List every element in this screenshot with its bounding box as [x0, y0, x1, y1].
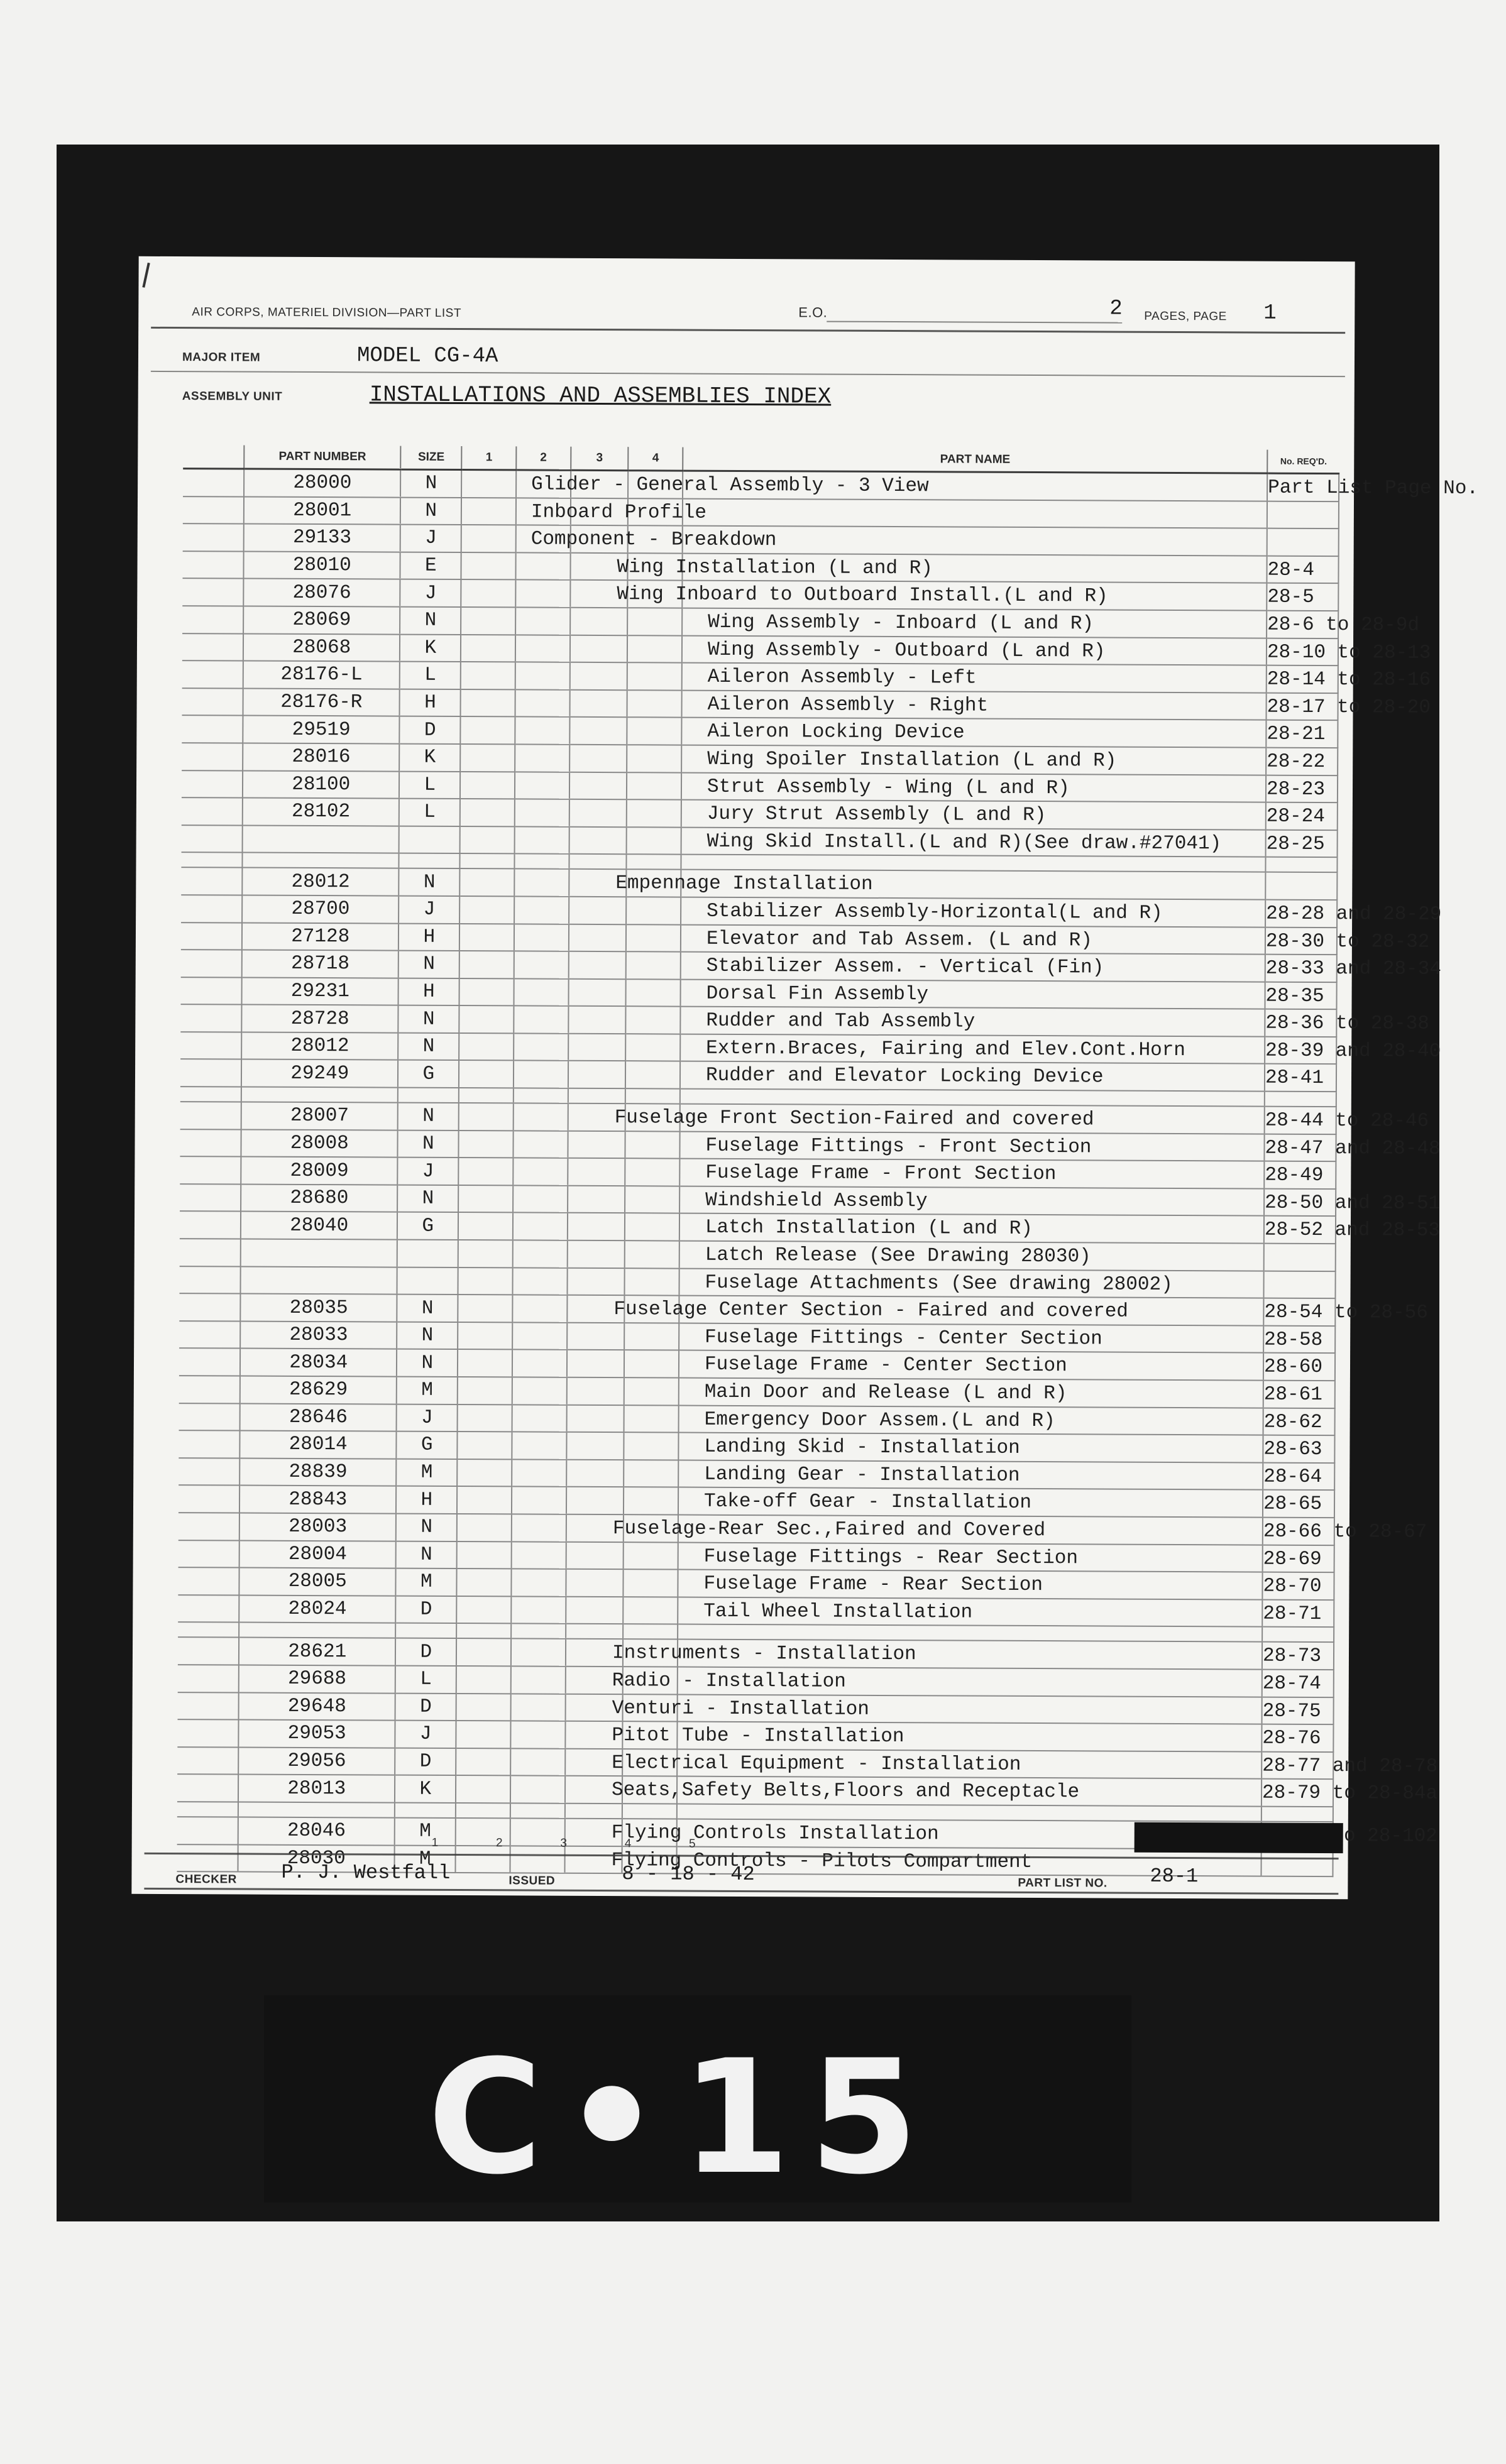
footer-col-number: 1	[432, 1836, 439, 1850]
level-column-cell	[461, 607, 516, 635]
part-name-cell: Strut Assembly - Wing (L and R)28-23	[681, 772, 1266, 802]
level-column-cell	[512, 1404, 567, 1432]
level-column-cell	[513, 1268, 568, 1295]
level-column-cell	[459, 1060, 514, 1088]
page-reference: 28-33 and 28-34	[1266, 958, 1441, 980]
row-margin	[180, 1032, 242, 1060]
part-name-cell: Wing Skid Install.(L and R)(See draw.#27…	[681, 827, 1266, 857]
level-column-cell	[459, 1131, 514, 1158]
size-cell: N	[398, 951, 460, 978]
level-column-cell	[513, 1213, 568, 1240]
size-cell: N	[397, 1349, 458, 1377]
part-number-cell: 28001	[244, 496, 400, 525]
part-number-cell: 28009	[241, 1157, 398, 1185]
pages-label: PAGES, PAGE	[1144, 310, 1227, 324]
size-cell: K	[400, 634, 461, 662]
part-name-cell: Fuselage Fittings - Rear Section28-69	[678, 1542, 1263, 1572]
part-name-cell: Elevator and Tab Assem. (L and R)28-30 t…	[681, 924, 1265, 955]
level-column-cell	[460, 826, 515, 854]
part-name-text: Emergency Door Assem.(L and R)	[604, 1408, 1055, 1432]
part-name-text: Windshield Assembly	[605, 1189, 928, 1212]
level-column-cell	[515, 799, 569, 827]
size-cell: N	[396, 1514, 458, 1541]
issued-value: 8 - 18 - 42	[622, 1862, 754, 1886]
level-column-cell	[513, 1185, 568, 1213]
size-cell: N	[397, 1295, 458, 1322]
level-column-cell	[512, 1295, 567, 1323]
level-column-cell	[458, 1349, 512, 1377]
part-name-cell: Stabilizer Assembly-Horizontal(L and R)2…	[681, 897, 1265, 927]
part-number-cell: 28034	[240, 1349, 397, 1377]
size-cell	[397, 1240, 459, 1268]
no-reqd-cell	[1264, 1244, 1336, 1271]
row-margin	[178, 1692, 239, 1720]
header-rule-2	[151, 371, 1345, 377]
row-margin	[183, 496, 245, 524]
checker-label: CHECKER	[175, 1873, 237, 1886]
size-cell	[399, 826, 461, 853]
footer-col-number: 3	[560, 1837, 567, 1851]
assembly-unit-label: ASSEMBLY UNIT	[182, 390, 283, 404]
checker-value: P. J. Westfall	[281, 1861, 450, 1885]
part-name-cell: Aileron Locking Device28-21	[681, 718, 1266, 748]
part-number-cell	[241, 1239, 397, 1268]
row-margin	[178, 1595, 239, 1623]
level-column-cell	[515, 580, 570, 608]
level-column-cell	[461, 498, 516, 525]
part-number-cell: 28024	[239, 1595, 396, 1623]
level-column-cell	[512, 1541, 566, 1569]
level-column-cell	[512, 1322, 567, 1350]
header-col3: 3	[571, 447, 629, 471]
part-list-no-label: PART LIST NO.	[1018, 1876, 1107, 1891]
row-margin	[177, 1817, 239, 1844]
level-column-cell	[460, 799, 515, 826]
size-cell: L	[400, 662, 461, 689]
page-reference: 28-39 and 28-40	[1265, 1039, 1441, 1062]
page-reference: 28-64	[1263, 1465, 1322, 1487]
size-cell: G	[396, 1432, 458, 1459]
level-column-cell	[511, 1694, 566, 1721]
level-column-cell	[459, 1033, 514, 1061]
size-cell: N	[397, 1322, 458, 1349]
part-number-cell: 29056	[238, 1747, 395, 1775]
row-margin	[182, 633, 244, 661]
row-margin	[181, 977, 243, 1005]
part-name-cell: Fuselage Frame - Rear Section28-70	[678, 1570, 1262, 1600]
part-name-cell: Component - Breakdown	[683, 526, 1267, 556]
part-name-cell: Rudder and Elevator Locking Device28-41	[680, 1061, 1265, 1092]
level-column-cell	[515, 607, 570, 635]
level-column-cell	[515, 552, 570, 580]
level-column-cell	[462, 470, 517, 498]
page-reference: 28-66 to 28-67	[1263, 1521, 1427, 1543]
row-margin	[179, 1376, 241, 1403]
part-number-cell: 28176-R	[243, 688, 400, 716]
major-item-value: MODEL CG-4A	[357, 344, 498, 368]
level-column-cell	[456, 1721, 511, 1748]
size-cell: J	[398, 896, 460, 924]
part-number-cell	[243, 825, 399, 853]
row-margin	[179, 1321, 241, 1349]
page-reference: 28-60	[1264, 1356, 1322, 1378]
part-number-cell: 29519	[243, 716, 400, 744]
level-column-cell	[459, 951, 514, 978]
part-number-cell: 29648	[239, 1692, 395, 1721]
level-column-cell	[514, 1006, 568, 1034]
size-cell: G	[398, 1060, 459, 1088]
row-margin	[183, 469, 245, 497]
part-name-cell: Aileron Assembly - Left28-14 to 28-16	[682, 663, 1267, 693]
part-name-text: Venturi - Installation	[562, 1697, 869, 1720]
pages-total: 2	[1109, 297, 1123, 321]
level-column-cell	[459, 1103, 514, 1131]
level-column-cell	[514, 924, 569, 951]
row-margin	[182, 660, 244, 688]
row-margin	[179, 1513, 240, 1540]
level-column-cell	[459, 1005, 514, 1033]
part-name-cell: Seats,Safety Belts,Floors and Receptacle…	[677, 1777, 1261, 1807]
level-column-cell	[457, 1486, 512, 1514]
level-column-cell	[461, 635, 515, 662]
part-name-text: Wing Skid Install.(L and R)(See draw.#27…	[607, 830, 1222, 855]
level-column-cell	[458, 1404, 512, 1432]
page-reference: 28-61	[1264, 1384, 1322, 1406]
part-name-text: Glider - General Assembly - 3 View	[526, 473, 929, 497]
header-no-reqd: No. REQ'D.	[1268, 450, 1339, 474]
row-margin	[182, 825, 243, 853]
eo-field-line	[827, 321, 1122, 324]
level-column-cell	[511, 1639, 566, 1667]
level-column-cell	[514, 978, 569, 1006]
part-name-cell: Empennage Installation	[681, 870, 1265, 900]
level-column-cell	[512, 1459, 566, 1487]
part-name-cell: Emergency Door Assem.(L and R)28-62	[679, 1405, 1263, 1435]
part-name-cell: Fuselage Fittings - Front Section28-47 a…	[679, 1131, 1264, 1161]
part-name-cell: Fuselage Frame - Center Section28-60	[679, 1350, 1263, 1381]
part-name-text: Latch Release (See Drawing 28030)	[605, 1244, 1091, 1268]
part-name-text: Rudder and Tab Assembly	[605, 1009, 975, 1033]
page-reference: 28-70	[1263, 1575, 1321, 1597]
size-cell: N	[397, 1185, 459, 1212]
page-reference: 28-73	[1263, 1645, 1321, 1667]
page-reference: 28-58	[1264, 1328, 1322, 1350]
level-column-cell	[456, 1666, 511, 1694]
no-reqd-cell	[1264, 1271, 1336, 1298]
no-reqd-cell	[1266, 872, 1338, 900]
part-name-cell: Latch Installation (L and R)28-52 and 28…	[679, 1213, 1264, 1244]
footer-col-number: 4	[625, 1837, 632, 1851]
size-cell: J	[397, 1158, 459, 1185]
size-cell: J	[395, 1721, 456, 1748]
part-name-text: Wing Assembly - Inboard (L and R)	[607, 611, 1094, 635]
level-column-cell	[460, 868, 515, 896]
level-column-cell	[456, 1694, 511, 1721]
size-cell: N	[398, 1032, 459, 1060]
part-name-cell: Wing Installation (L and R)28-4	[682, 553, 1267, 583]
page-reference: 28-14 to 28-16	[1267, 669, 1431, 691]
no-reqd-cell	[1267, 528, 1339, 556]
size-cell: D	[395, 1638, 457, 1666]
row-margin	[181, 950, 243, 977]
page-reference: 28-5	[1267, 586, 1314, 608]
row-margin	[180, 1129, 241, 1157]
part-name-text: Fuselage Frame - Center Section	[604, 1353, 1067, 1377]
size-cell: N	[398, 868, 460, 896]
page-reference: 28-35	[1266, 985, 1324, 1007]
page-reference: 28-62	[1264, 1411, 1322, 1433]
part-name-cell: Radio - Installation28-74	[678, 1667, 1262, 1697]
level-column-cell	[515, 744, 569, 772]
row-margin	[181, 895, 243, 923]
part-name-text: Tail Wheel Installation	[603, 1600, 972, 1624]
header-col4: 4	[629, 447, 683, 471]
level-column-cell	[515, 826, 569, 854]
row-margin	[180, 1239, 241, 1266]
size-cell: G	[397, 1212, 459, 1240]
page-reference: 28-44 to 28-46	[1265, 1110, 1429, 1132]
part-number-cell: 29249	[241, 1060, 398, 1088]
level-column-cell	[514, 951, 569, 979]
row-margin	[182, 551, 244, 579]
part-name-text: Instruments - Installation	[562, 1642, 916, 1665]
part-name-cell: Tail Wheel Installation28-71	[678, 1597, 1262, 1627]
pencil-mark	[142, 263, 150, 288]
part-number-cell: 27128	[242, 923, 398, 951]
part-list-no-value: 28-1	[1150, 1864, 1198, 1888]
level-column-cell	[514, 869, 569, 897]
level-column-cell	[458, 1322, 513, 1350]
page-reference: 28-69	[1263, 1548, 1322, 1570]
page-reference: 28-52 and 28-53	[1265, 1219, 1440, 1242]
page-reference: 28-25	[1267, 833, 1325, 855]
part-name-cell: Wing Spoiler Installation (L and R)28-22	[681, 745, 1266, 775]
footer-col-number: 5	[689, 1837, 696, 1851]
level-column-cell	[515, 717, 569, 745]
part-number-cell: 28005	[239, 1568, 396, 1596]
part-name-text: Fuselage Fittings - Front Section	[605, 1134, 1091, 1158]
part-name-text: Wing Installation (L and R)	[566, 556, 932, 580]
part-number-cell: 28004	[239, 1540, 396, 1569]
level-column-cell	[511, 1666, 566, 1694]
size-cell: M	[397, 1377, 458, 1404]
part-name-cell: Windshield Assembly28-50 and 28-51	[679, 1186, 1264, 1216]
level-column-cell	[461, 525, 516, 552]
row-margin	[179, 1403, 241, 1431]
footer-col-number: 2	[496, 1836, 503, 1850]
part-name-text: Take-off Gear - Installation	[603, 1490, 1031, 1514]
row-margin	[177, 1747, 239, 1775]
part-number-cell: 28007	[241, 1102, 398, 1131]
part-name-cell: Wing Assembly - Outboard (L and R)28-10 …	[682, 635, 1267, 665]
eo-label: E.O.	[798, 304, 827, 320]
level-column-cell	[461, 716, 515, 744]
level-column-cell	[512, 1514, 566, 1541]
part-name-cell: Aileron Assembly - Right28-17 to 28-20	[682, 690, 1267, 720]
part-name-text: Fuselage-Rear Sec.,Faired and Covered	[563, 1518, 1045, 1541]
page-reference: 28-71	[1263, 1602, 1321, 1624]
part-number-cell: 28069	[243, 606, 400, 634]
size-cell: D	[395, 1693, 457, 1721]
row-margin	[182, 606, 244, 633]
level-column-cell	[457, 1514, 512, 1541]
level-column-cell	[511, 1596, 566, 1624]
part-name-text: Component - Breakdown	[526, 528, 777, 552]
level-column-cell	[461, 744, 515, 772]
header-part-number: PART NUMBER	[245, 446, 401, 470]
row-margin	[179, 1293, 241, 1321]
part-name-cell: Extern.Braces, Fairing and Elev.Cont.Hor…	[680, 1034, 1265, 1064]
part-number-cell: 28728	[242, 1005, 398, 1033]
size-cell: J	[400, 579, 461, 607]
part-name-text: Fuselage Attachments (See drawing 28002)	[605, 1271, 1173, 1296]
part-number-cell: 29133	[244, 524, 400, 552]
part-name-text: Empennage Installation	[565, 872, 872, 895]
level-column-cell	[510, 1748, 565, 1776]
part-name-text: Jury Strut Assembly (L and R)	[607, 802, 1047, 826]
level-column-cell	[456, 1775, 510, 1803]
part-number-cell: 28076	[244, 579, 400, 607]
no-reqd-cell	[1267, 501, 1339, 528]
size-cell: D	[395, 1596, 457, 1623]
row-margin	[182, 688, 244, 716]
part-name-cell: Instruments - Installation28-73	[678, 1640, 1262, 1670]
row-margin	[181, 867, 243, 895]
size-cell: H	[398, 923, 460, 951]
part-number-cell: 28646	[240, 1403, 397, 1432]
size-cell: K	[399, 744, 461, 772]
size-cell: D	[399, 716, 461, 744]
page-reference: 28-47 and 28-48	[1265, 1137, 1440, 1159]
level-column-cell	[512, 1377, 567, 1404]
page-reference: 28-10 to 28-13	[1267, 641, 1431, 664]
page-reference: 28-41	[1265, 1067, 1324, 1089]
level-column-cell	[513, 1131, 568, 1158]
page-reference: 28-54 to 28-56	[1264, 1301, 1428, 1324]
page-reference: 28-36 to 28-38	[1265, 1012, 1429, 1035]
part-number-cell: 28700	[242, 895, 398, 923]
level-column-cell	[458, 1432, 512, 1459]
size-cell: J	[400, 525, 462, 552]
row-margin	[179, 1458, 240, 1486]
part-name-text: Fuselage Fittings - Rear Section	[603, 1545, 1078, 1569]
row-margin	[182, 743, 243, 770]
part-name-cell: Glider - General Assembly - 3 ViewPart L…	[683, 471, 1267, 501]
part-number-cell: 28843	[239, 1486, 396, 1514]
part-name-cell: Dorsal Fin Assembly28-35	[681, 979, 1265, 1009]
footer-column-numbers: 12345	[432, 1836, 696, 1851]
row-margin	[180, 1102, 242, 1129]
row-margin	[178, 1665, 239, 1692]
level-column-cell	[457, 1541, 512, 1569]
part-number-cell: 28068	[243, 633, 400, 662]
level-column-cell	[458, 1459, 512, 1487]
assembly-unit-value: INSTALLATIONS AND ASSEMBLIES INDEX	[370, 381, 832, 409]
page-reference: 28-23	[1267, 778, 1325, 800]
level-column-cell	[514, 1061, 568, 1088]
row-margin	[179, 1430, 240, 1458]
parts-table: PART NUMBER SIZE 1 2 3 4 PART NAME No. R…	[177, 445, 1339, 1877]
part-name-cell: Fuselage-Rear Sec.,Faired and Covered28-…	[678, 1515, 1263, 1545]
part-name-text: Radio - Installation	[562, 1670, 846, 1693]
size-cell: N	[400, 497, 462, 525]
size-cell: N	[398, 1103, 459, 1131]
level-column-cell	[512, 1487, 566, 1514]
part-number-cell: 28035	[241, 1294, 397, 1322]
part-name-cell: Rudder and Tab Assembly28-36 to 28-38	[680, 1007, 1265, 1037]
part-name-cell: Fuselage Center Section - Faired and cov…	[679, 1296, 1263, 1326]
part-name-text: Strut Assembly - Wing (L and R)	[607, 775, 1070, 799]
size-cell: N	[400, 607, 461, 635]
size-cell: L	[395, 1666, 457, 1694]
part-name-text: Dorsal Fin Assembly	[606, 982, 929, 1005]
part-name-cell: Main Door and Release (L and R)28-61	[679, 1378, 1263, 1408]
part-name-cell: Wing Inboard to Outboard Install.(L and …	[682, 581, 1267, 611]
part-name-text: Stabilizer Assem. - Vertical (Fin)	[606, 955, 1104, 978]
level-column-cell	[458, 1212, 513, 1240]
part-number-cell: 28621	[239, 1638, 395, 1666]
part-name-cell: Wing Assembly - Inboard (L and R)28-6 to…	[682, 608, 1267, 638]
part-name-text: Fuselage Frame - Rear Section	[603, 1572, 1043, 1596]
part-number-cell	[241, 1266, 397, 1295]
parts-table-body: 28000NGlider - General Assembly - 3 View…	[177, 469, 1339, 1877]
level-column-cell	[458, 1295, 513, 1322]
header-part-name: PART NAME	[683, 447, 1267, 474]
redaction-block	[1135, 1822, 1343, 1853]
part-name-text: Wing Spoiler Installation (L and R)	[607, 748, 1116, 772]
level-column-cell	[511, 1569, 566, 1597]
part-number-cell: 28012	[241, 1032, 398, 1060]
level-column-cell	[459, 1185, 514, 1213]
level-column-cell	[461, 579, 516, 607]
level-column-cell	[461, 552, 516, 580]
level-column-cell	[461, 662, 515, 689]
page-reference: 28-30 to 28-32	[1266, 930, 1430, 953]
page-reference: 28-6 to 28-9d	[1267, 614, 1419, 637]
row-margin	[182, 797, 243, 825]
level-column-cell	[515, 689, 570, 717]
row-margin	[180, 1060, 242, 1087]
page-reference: Part List Page No.	[1268, 477, 1478, 500]
row-margin	[178, 1637, 239, 1665]
level-column-cell	[514, 1103, 568, 1131]
row-margin	[178, 1567, 239, 1595]
level-column-cell	[512, 1350, 567, 1377]
part-number-cell: 28012	[243, 868, 399, 896]
row-margin	[177, 1844, 238, 1872]
part-number-cell: 28010	[244, 551, 400, 579]
frame-id-label: C•15	[427, 2039, 937, 2196]
row-margin	[179, 1540, 240, 1568]
page-reference: 28-77 and 28-78	[1262, 1755, 1437, 1777]
header-col1: 1	[462, 446, 517, 470]
part-number-cell: 28176-L	[243, 661, 400, 689]
level-column-cell	[515, 772, 569, 799]
part-number-cell: 29231	[242, 977, 398, 1005]
part-name-cell: Jury Strut Assembly (L and R)28-24	[681, 800, 1266, 830]
size-cell: D	[395, 1748, 456, 1775]
part-name-cell: Electrical Equipment - Installation28-77…	[677, 1749, 1261, 1779]
level-column-cell	[514, 1033, 568, 1061]
form-title: AIR CORPS, MATERIEL DIVISION—PART LIST	[192, 305, 461, 320]
part-name-text: Rudder and Elevator Locking Device	[605, 1065, 1104, 1088]
part-number-cell: 28629	[240, 1376, 397, 1404]
part-number-cell: 28008	[241, 1129, 398, 1158]
level-column-cell	[459, 1158, 514, 1185]
level-column-cell	[510, 1776, 565, 1804]
part-number-cell: 28003	[239, 1513, 396, 1541]
part-name-text: Fuselage Fittings - Center Section	[604, 1326, 1102, 1350]
